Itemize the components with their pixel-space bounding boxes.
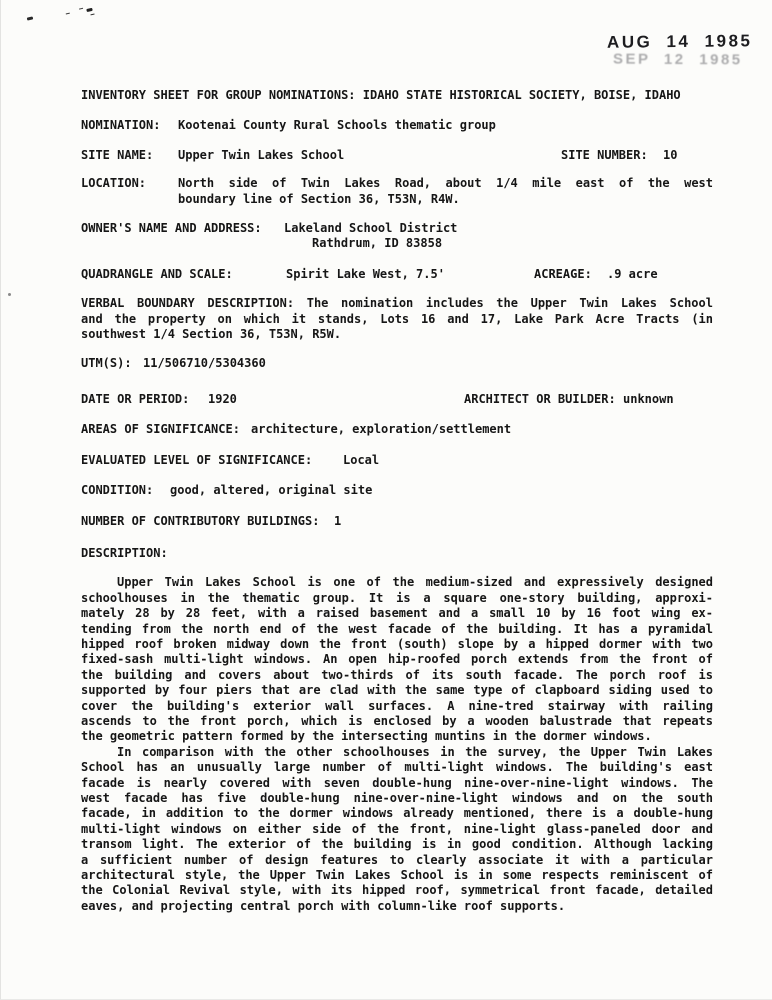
text-line: the Colonial Revival style, with its hip…: [81, 883, 713, 898]
text-line: hipped roof broken midway down the front…: [81, 637, 713, 652]
text-line: and the property on which it stands, Lot…: [81, 312, 713, 327]
document-content: INVENTORY SHEET FOR GROUP NOMINATIONS: I…: [1, 88, 772, 914]
text-line: Lakeland School District: [284, 221, 713, 236]
field-nomination: NOMINATION: Kootenai County Rural School…: [81, 118, 713, 133]
field-label: AREAS OF SIGNIFICANCE:: [81, 422, 240, 436]
description-paragraph-2: In comparison with the other schoolhouse…: [81, 745, 713, 914]
field-location: LOCATION: North side of Twin Lakes Road,…: [81, 176, 713, 207]
scanned-document-page: AUG 14 1985 SEP 12 1985 INVENTORY SHEET …: [0, 0, 772, 1000]
field-label: LOCATION:: [81, 176, 146, 191]
field-value-block: North side of Twin Lakes Road, about 1/4…: [178, 176, 713, 207]
field-value: 1: [334, 514, 341, 529]
field-label: NOMINATION:: [81, 118, 160, 132]
text-line: Rathdrum, ID 83858: [284, 236, 713, 251]
field-label: SITE NAME:: [81, 148, 153, 162]
text-line: tending from the north end of the west f…: [81, 622, 713, 637]
field-label-acreage: ACREAGE:: [534, 267, 592, 282]
text-line: Upper Twin Lakes School is one of the me…: [81, 575, 713, 590]
field-label-site-number: SITE NUMBER:: [561, 148, 648, 163]
date-stamp-faded: SEP 12 1985: [613, 51, 743, 69]
ink-marks: [27, 16, 33, 20]
text-line: ascends to the front porch, which is enc…: [81, 714, 713, 729]
text-line: School has an unusually large number of …: [81, 760, 713, 775]
field-value: 1920: [208, 392, 237, 407]
field-contributory-buildings: NUMBER OF CONTRIBUTORY BUILDINGS: 1: [81, 514, 713, 529]
text-line: schoolhouses in the thematic group. It i…: [81, 591, 713, 606]
field-value-architect: unknown: [623, 392, 674, 407]
field-value: Upper Twin Lakes School: [178, 148, 344, 163]
description-heading: DESCRIPTION:: [81, 546, 713, 561]
field-value: The nomination includes the Upper Twin L…: [307, 296, 713, 310]
field-value-acreage: .9 acre: [607, 267, 658, 282]
field-label: NUMBER OF CONTRIBUTORY BUILDINGS:: [81, 514, 319, 528]
text-line: In comparison with the other schoolhouse…: [81, 745, 713, 760]
field-areas-of-significance: AREAS OF SIGNIFICANCE: architecture, exp…: [81, 422, 713, 437]
field-value-site-number: 10: [663, 148, 677, 163]
text-line: cover the building's exterior wall surfa…: [81, 699, 713, 714]
field-label-architect: ARCHITECT OR BUILDER:: [464, 392, 616, 407]
field-label: CONDITION:: [81, 483, 153, 497]
field-condition: CONDITION: good, altered, original site: [81, 483, 713, 498]
field-quadrangle: QUADRANGLE AND SCALE: Spirit Lake West, …: [81, 267, 713, 282]
text-line: boundary line of Section 36, T53N, R4W.: [178, 192, 713, 207]
field-label: DATE OR PERIOD:: [81, 392, 189, 406]
text-line: VERBAL BOUNDARY DESCRIPTION: The nominat…: [81, 296, 713, 311]
field-value: Kootenai County Rural Schools thematic g…: [178, 118, 496, 133]
field-value: architecture, exploration/settlement: [251, 422, 511, 437]
field-value: Spirit Lake West, 7.5': [286, 267, 445, 282]
text-line: facade, in addition to the dormer window…: [81, 806, 713, 821]
field-label: UTM(S):: [81, 356, 132, 370]
text-line: multi-light windows on either side of th…: [81, 822, 713, 837]
field-label: QUADRANGLE AND SCALE:: [81, 267, 233, 281]
text-line: west facade has five double-hung nine-ov…: [81, 791, 713, 806]
text-line: architectural style, the Upper Twin Lake…: [81, 868, 713, 883]
field-value-block: Lakeland School DistrictRathdrum, ID 838…: [284, 221, 713, 252]
field-value: 11/506710/5304360: [143, 356, 266, 371]
text-line: mately 28 by 28 feet, with a raised base…: [81, 606, 713, 621]
date-stamp-received: AUG 14 1985: [607, 31, 753, 53]
text-line: the geometric pattern formed by the inte…: [81, 729, 713, 744]
text-line: a sufficient number of design features t…: [81, 853, 713, 868]
field-verbal-boundary: VERBAL BOUNDARY DESCRIPTION: The nominat…: [81, 296, 713, 342]
text-line: North side of Twin Lakes Road, about 1/4…: [178, 176, 713, 191]
field-owner: OWNER'S NAME AND ADDRESS: Lakeland Schoo…: [81, 221, 713, 252]
description-paragraph-1: Upper Twin Lakes School is one of the me…: [81, 575, 713, 744]
field-evaluated-level: EVALUATED LEVEL OF SIGNIFICANCE: Local: [81, 453, 713, 468]
field-label: VERBAL BOUNDARY DESCRIPTION:: [81, 296, 294, 310]
field-site-name: SITE NAME: Upper Twin Lakes School SITE …: [81, 148, 713, 163]
field-utm: UTM(S): 11/506710/5304360: [81, 356, 713, 371]
field-label: OWNER'S NAME AND ADDRESS:: [81, 221, 262, 236]
field-date-or-period: DATE OR PERIOD: 1920 ARCHITECT OR BUILDE…: [81, 392, 713, 407]
text-line: eaves, and projecting central porch with…: [81, 899, 713, 914]
field-value: Local: [343, 453, 379, 468]
text-line: transom light. The exterior of the build…: [81, 837, 713, 852]
text-line: facade is nearly covered with seven doub…: [81, 776, 713, 791]
field-value: good, altered, original site: [170, 483, 372, 498]
text-line: fixed-sash multi-light windows. An open …: [81, 652, 713, 667]
text-line: southwest 1/4 Section 36, T53N, R5W.: [81, 327, 713, 342]
document-title: INVENTORY SHEET FOR GROUP NOMINATIONS: I…: [81, 88, 713, 103]
text-line: supported by four piers that are clad wi…: [81, 683, 713, 698]
text-line: the building and covers about two-thirds…: [81, 668, 713, 683]
field-label: EVALUATED LEVEL OF SIGNIFICANCE:: [81, 453, 312, 467]
